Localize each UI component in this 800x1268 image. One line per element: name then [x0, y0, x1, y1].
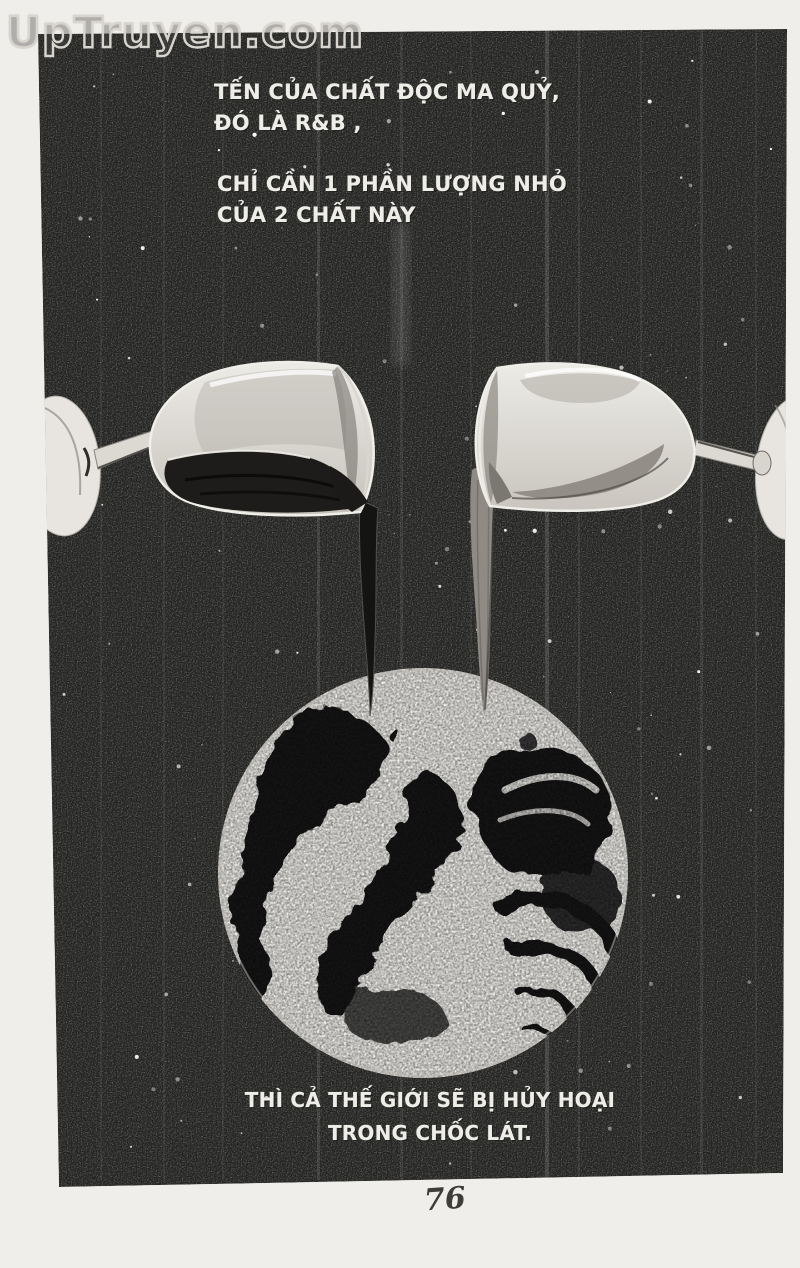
dialogue-top-second: CHỈ CẦN 1 PHẦN LƯỢNG NHỎ CỦA 2 CHẤT NÀY: [217, 169, 567, 231]
dialogue-top-first: TẾN CỦA CHẤT ĐỘC MA QUỶ, ĐÓ LÀ R&B ,: [214, 77, 560, 139]
dialogue-line: CỦA 2 CHẤT NÀY: [217, 200, 567, 231]
dialogue-bottom: THÌ CẢ THẾ GIỚI SẼ BỊ HỦY HOẠI TRONG CHỐ…: [210, 1084, 650, 1150]
dialogue-line: TẾN CỦA CHẤT ĐỘC MA QUỶ,: [214, 77, 560, 108]
dialogue-line: THÌ CẢ THẾ GIỚI SẼ BỊ HỦY HOẠI: [210, 1084, 650, 1117]
watermark: UpTruyen.com: [6, 8, 364, 58]
dialogue-line: CHỈ CẦN 1 PHẦN LƯỢNG NHỎ: [217, 169, 567, 200]
manga-page: UpTruyen.com TẾN CỦA CHẤT ĐỘC MA QUỶ, ĐÓ…: [0, 0, 800, 1268]
dialogue-line: ĐÓ LÀ R&B ,: [214, 108, 560, 139]
dialogue-line: TRONG CHỐC LÁT.: [210, 1117, 650, 1150]
page-number: 76: [423, 1181, 467, 1219]
